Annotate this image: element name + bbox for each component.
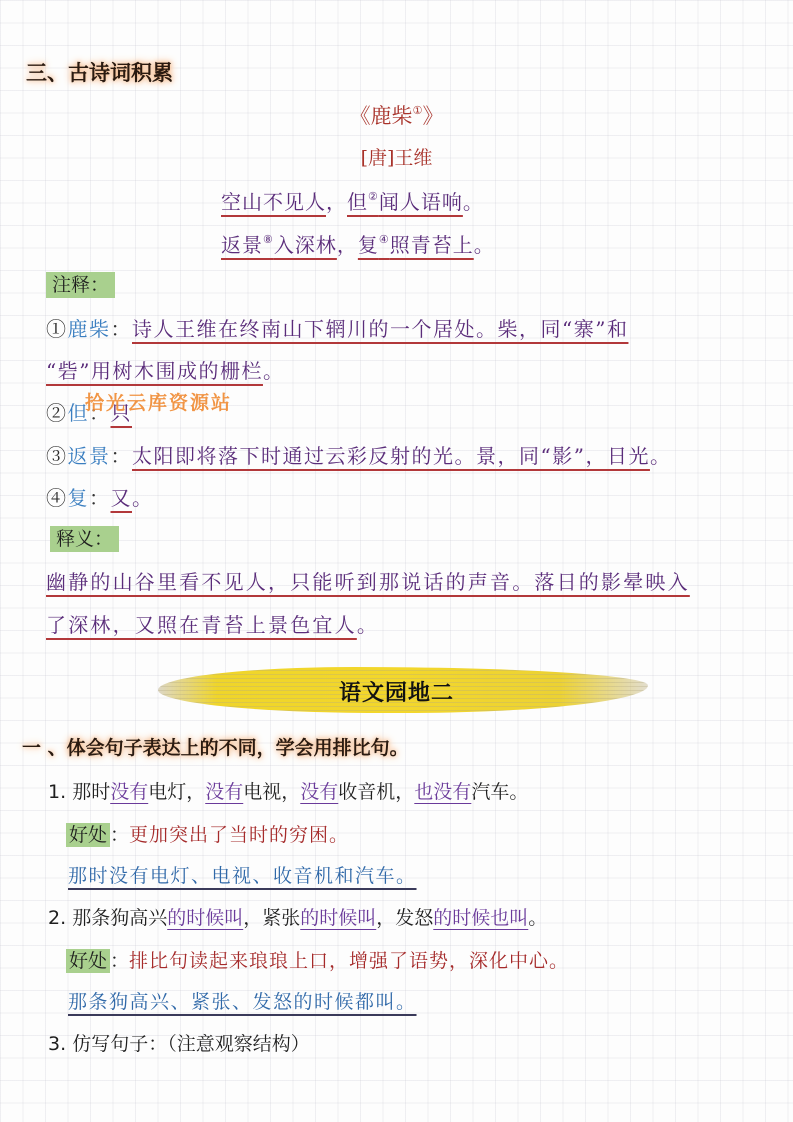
meaning-line-2: 了深林，又照在青苔上景色宜人。: [46, 609, 379, 638]
meaning-text: 幽静的山谷里看不见人，只能听到那说话的声音。落日的影晕映入: [46, 570, 690, 594]
sentence-part: ，发怒: [376, 907, 433, 929]
poem-line-2: 返景⑧入深林，复④照青苔上。: [221, 229, 495, 258]
punct: ：: [110, 824, 129, 846]
note-item-4: ④复：又。: [46, 482, 154, 511]
punct: ：: [110, 950, 129, 972]
punct: 。: [263, 359, 285, 383]
benefit-2: 好处：排比句读起来琅琅上口，增强了语势，深化中心。: [66, 946, 569, 973]
punct: 。: [650, 444, 672, 468]
item-number: 2.: [48, 907, 66, 929]
punct: ：: [111, 317, 133, 341]
benefit-1: 好处：更加突出了当时的穷困。: [66, 820, 349, 847]
note-definition: 诗人王维在终南山下辋川的一个居处。柴，同“寨”和: [132, 317, 628, 341]
benefit-text: 更加突出了当时的穷困。: [129, 824, 349, 846]
note-definition: 太阳即将落下时通过云彩反射的光。景，同“影”，日光: [132, 444, 650, 468]
sentence-part: 收音机，: [338, 781, 414, 803]
meaning-label-wrap: 释义：: [50, 524, 119, 551]
note-definition: 又: [111, 486, 133, 510]
word: 但: [347, 190, 368, 214]
word: 返景: [221, 233, 263, 257]
section-heading-parallelism: 一 、体会句子表达上的不同，学会用排比句。: [22, 733, 409, 760]
instruction-text: 仿写句子：（注意观察结构）: [72, 1033, 310, 1055]
summary-2: 那条狗高兴、紧张、发怒的时候都叫。: [68, 987, 417, 1014]
section-heading-poetry: 三、古诗词积累: [26, 57, 173, 87]
note-item-3: ③返景：太阳即将落下时通过云彩反射的光。景，同“影”，日光。: [46, 440, 671, 469]
footnote-marker: ②: [368, 190, 379, 203]
punct: 。: [357, 613, 379, 637]
highlight-phrase: 的时候叫: [167, 907, 243, 929]
sentence-part: ，紧张: [243, 907, 300, 929]
note-term: 鹿柴: [68, 317, 111, 341]
punct: ，: [326, 190, 347, 214]
word: 闻人语响: [379, 190, 463, 214]
sentence-part: 那条狗高兴: [72, 907, 167, 929]
poem-line-1: 空山不见人，但②闻人语响。: [221, 186, 484, 215]
footnote-marker: ④: [379, 233, 390, 246]
notes-label: 注释：: [46, 272, 115, 298]
highlight-phrase: 的时候也叫: [433, 907, 528, 929]
sentence-part: 电灯，: [148, 781, 205, 803]
sentence-part: 汽车。: [471, 781, 528, 803]
note-term: 复: [68, 486, 90, 510]
summary-1: 那时没有电灯、电视、收音机和汽车。: [68, 861, 417, 888]
note-item-1-cont: “砦”用树木围成的栅栏。: [46, 355, 284, 384]
highlight-phrase: 的时候叫: [300, 907, 376, 929]
poem-title-close: 》: [422, 104, 443, 128]
unit-title: 语文园地二: [0, 676, 793, 707]
meaning-line-1: 幽静的山谷里看不见人，只能听到那说话的声音。落日的影晕映入: [46, 566, 690, 595]
note-number: ④: [46, 486, 68, 510]
poem-phrase: 返景⑧入深林: [221, 233, 337, 257]
note-definition: “砦”用树木围成的栅栏: [46, 359, 263, 383]
punct: 。: [132, 486, 154, 510]
punct: ：: [111, 444, 133, 468]
highlight-phrase: 没有: [300, 781, 338, 803]
note-term: 返景: [68, 444, 111, 468]
note-number: ③: [46, 444, 68, 468]
sentence-part: 。: [528, 907, 547, 929]
punct: ，: [337, 233, 358, 257]
poem-title-text: 《鹿柴: [350, 104, 413, 128]
punct: 。: [474, 233, 495, 257]
sentence-part: 那时: [72, 781, 110, 803]
footnote-marker: ⑧: [263, 233, 274, 246]
poem-phrase: 复④照青苔上: [358, 233, 474, 257]
benefit-label: 好处: [66, 823, 110, 847]
note-number: ②: [46, 401, 68, 425]
sentence-part: 电视，: [243, 781, 300, 803]
example-1: 1. 那时没有电灯，没有电视，没有收音机，也没有汽车。: [48, 777, 528, 804]
note-item-1: ①鹿柴：诗人王维在终南山下辋川的一个居处。柴，同“寨”和: [46, 313, 628, 342]
punct: ：: [89, 486, 111, 510]
highlight-phrase: 没有: [110, 781, 148, 803]
meaning-label: 释义：: [50, 526, 119, 552]
poem-phrase: 空山不见人: [221, 190, 326, 214]
notes-label-wrap: 注释：: [46, 270, 115, 297]
footnote-marker: ①: [413, 104, 423, 117]
item-number: 3.: [48, 1033, 66, 1055]
meaning-text: 了深林，又照在青苔上景色宜人: [46, 613, 357, 637]
poem-author: [唐]王维: [0, 143, 793, 170]
item-number: 1.: [48, 781, 66, 803]
benefit-label: 好处: [66, 949, 110, 973]
example-2: 2. 那条狗高兴的时候叫，紧张的时候叫，发怒的时候也叫。: [48, 903, 547, 930]
word: 照青苔上: [390, 233, 474, 257]
highlight-phrase: 也没有: [414, 781, 471, 803]
benefit-text: 排比句读起来琅琅上口，增强了语势，深化中心。: [129, 950, 569, 972]
note-number: ①: [46, 317, 68, 341]
word: 复: [358, 233, 379, 257]
watermark: 拾光云库资源站: [85, 388, 232, 415]
example-3: 3. 仿写句子：（注意观察结构）: [48, 1029, 310, 1056]
poem-phrase: 但②闻人语响: [347, 190, 463, 214]
poem-title: 《鹿柴①》: [0, 100, 793, 130]
punct: 。: [463, 190, 484, 214]
highlight-phrase: 没有: [205, 781, 243, 803]
word: 入深林: [274, 233, 337, 257]
